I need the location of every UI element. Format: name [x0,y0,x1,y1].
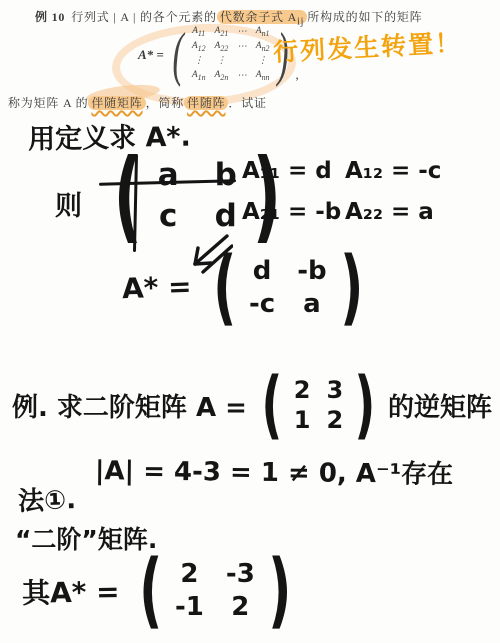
astar-matrix: (d-b-ca) [206,253,371,323]
highlight-cofactor-term: 代数余子式 Aij [217,10,307,24]
example2-suffix: 的逆矩阵 A⁻¹ [388,387,500,424]
then-label: 则 [55,184,82,223]
define-method-line: 用定义求 A*. [28,115,191,157]
line2-mid: ，简称 [146,96,184,110]
cofactor-a21: A₂₁ = -b [242,199,341,225]
highlight-adjugate-term: 伴随阵 [184,96,228,110]
example2-prefix: 例. 求二阶矩阵 A = [12,387,247,424]
textbook-line2: 称为矩阵 A 的伴随矩阵，简称伴随阵．试证 [8,94,267,111]
example-label: 例 10 [35,10,65,24]
transpose-annotation: 行列发生转置！ [272,23,463,69]
adjoint-lhs: A* = [138,47,164,63]
determinant-line: |A| = 4-3 = 1 ≠ 0, A⁻¹存在 [95,450,453,491]
line2-pre: 称为矩阵 A 的 [8,96,88,110]
highlight-adjugate-matrix-term: 伴随矩阵 [88,96,145,110]
notebook-page: { "colors": {"highlight": "#f8c98c", "an… [0,0,500,643]
line1-pre: 行列式 | A | 的各个元素的 [71,10,217,24]
order-note-line: “二阶”矩阵. [15,520,157,556]
astar-result: A* = (d-b-ca) [122,253,370,323]
cofactor-a22: A₂₂ = a [345,199,434,225]
example2-astar-matrix: (2-3-12) [132,556,299,626]
example2-line: 例. 求二阶矩阵 A = (2312) 的逆矩阵 A⁻¹ [12,374,500,437]
cofactor-a11: A₁₁ = d [242,158,332,184]
example2-astar-result: 其A* = (2-3-12) [22,556,298,626]
line2-post: ．试证 [228,96,266,110]
line1-post: 所构成的如下的矩阵 [307,10,422,24]
astar-lhs: A* = [121,270,192,305]
example2-astar-lhs: 其A* = [22,570,120,612]
cofactor-a12: A₁₂ = -c [345,158,441,184]
adjoint-comma: , [295,67,298,83]
example2-a-matrix: (2312) [255,374,382,437]
method1-label: 法①. [17,479,76,518]
